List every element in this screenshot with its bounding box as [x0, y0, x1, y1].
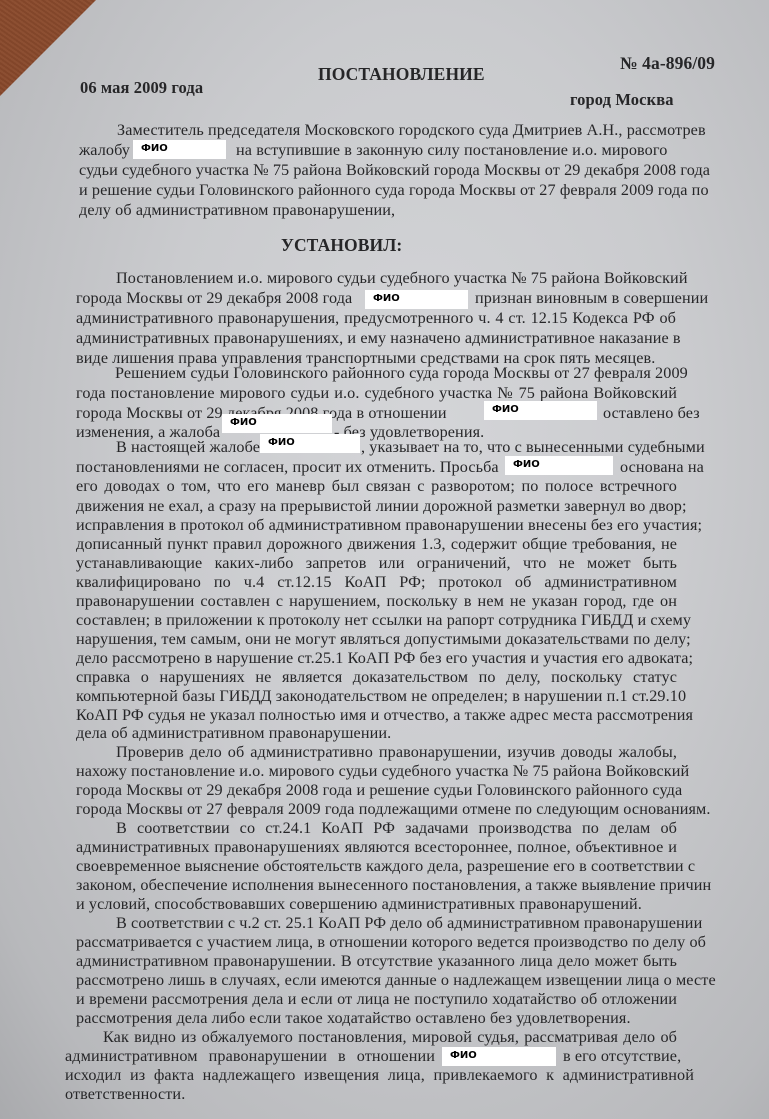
- p6-line-5: и времени рассмотрения дела и если от ли…: [76, 989, 677, 1009]
- p3-line-14: компьютерной базы ГИБДД законодательство…: [76, 686, 677, 706]
- p7-line-2a: административном правонарушении в отноше…: [65, 1046, 435, 1066]
- p3-line-3: его доводах о том, что его маневр был св…: [76, 476, 677, 496]
- p7-line-3: исходил из факта надлежащего извещения л…: [65, 1065, 694, 1085]
- p2-line-1: Решением судьи Головинского районного су…: [115, 363, 677, 383]
- p1-line-4: административных правонарушениях, и ему …: [76, 328, 676, 348]
- p3-line-8: квалифицировано по ч.4 ст.12.15 КоАП РФ;…: [76, 572, 677, 592]
- p6-line-1: В соответствии с ч.2 ст. 25.1 КоАП РФ де…: [116, 913, 677, 933]
- p3-line-4: движения не ехал, а сразу на прерывистой…: [76, 496, 677, 516]
- p1-line-1: Постановлением и.о. мирового судьи судеб…: [116, 268, 676, 288]
- p5-line-3: своевременное выяснение обстоятельств ка…: [76, 856, 677, 876]
- p3-line-7: устанавливающие каких-либо запретов или …: [76, 553, 677, 573]
- document-date: 06 мая 2009 года: [80, 78, 203, 98]
- redacted-name: ФИО: [222, 414, 332, 433]
- p3-line-2a: постановлениями не согласен, просит их о…: [76, 457, 499, 477]
- intro-line-2b: на вступившие в законную силу постановле…: [236, 140, 667, 160]
- p5-line-4: законом, обеспечение исполнения вынесенн…: [76, 875, 677, 895]
- intro-line-4: и решение судьи Головинского районного с…: [79, 180, 667, 200]
- p2-line-3b: оставлено без: [603, 403, 700, 423]
- redacted-name: ФИО: [133, 140, 226, 159]
- p5-line-1: В соответствии со ст.24.1 КоАП РФ задача…: [116, 818, 677, 838]
- p1-line-2a: города Москвы от 29 декабря 2008 года: [76, 288, 352, 308]
- p3-line-9: правонарушении составлен с нарушением, п…: [76, 591, 677, 611]
- p4-line-2: нахожу постановление и.о. мирового судьи…: [76, 761, 677, 781]
- p6-line-6: рассмотрения дела либо если такое ходата…: [76, 1008, 631, 1028]
- p7-line-1: Как видно из обжалуемого постановления, …: [103, 1027, 677, 1047]
- p3-line-2b: основана на: [620, 457, 704, 477]
- p5-line-5: и условий, способствовавших совершению а…: [76, 894, 642, 914]
- intro-line-2a: жалобу: [79, 140, 130, 160]
- p3-line-16: дела об административном правонарушении.: [76, 723, 391, 743]
- p3-line-5: исправления в протокол об административн…: [76, 515, 677, 535]
- redacted-name: ФИО: [505, 456, 613, 475]
- p3-line-11: нарушения, тем самым, они не могут являт…: [76, 629, 677, 649]
- p7-line-4: ответственности.: [65, 1084, 185, 1104]
- p7-line-2b: в его отсутствие,: [563, 1046, 681, 1066]
- p3-line-15: КоАП РФ судья не указал полностью имя и …: [76, 705, 677, 725]
- p1-line-2b: признан виновным в совершении: [475, 288, 708, 308]
- p3-line-6: дописанный пункт правил дорожного движен…: [76, 534, 677, 554]
- p6-line-2: рассматривается с участием лица, в отнош…: [76, 932, 677, 952]
- redacted-name: ФИО: [365, 290, 468, 309]
- p2-line-2: года постановление мирового судьи и.о. с…: [76, 383, 677, 403]
- intro-line-1: Заместитель председателя Московского гор…: [117, 120, 706, 140]
- p4-line-1: Проверив дело об административно правона…: [116, 742, 677, 762]
- p3-line-10: составлен; в приложении к протоколу нет …: [76, 610, 677, 630]
- redacted-name: ФИО: [260, 434, 360, 453]
- p6-line-3: административном правонарушении. В отсут…: [76, 951, 677, 971]
- document-city: город Москва: [570, 90, 674, 110]
- intro-line-5: делу об административном правонарушении,: [79, 200, 395, 220]
- p1-line-3: административного правонарушения, предус…: [76, 308, 676, 328]
- redacted-name: ФИО: [484, 401, 597, 420]
- p3-line-1a: В настоящей жалобе: [116, 437, 260, 457]
- p3-line-1b: , указывает на то, что с вынесенными суд…: [361, 437, 677, 457]
- p4-line-4: города Москвы от 27 февраля 2009 года по…: [76, 799, 677, 819]
- section-heading: УСТАНОВИЛ:: [281, 235, 402, 255]
- p6-line-4: рассмотрено лишь в случаях, если имеются…: [76, 970, 677, 990]
- document-title: ПОСТАНОВЛЕНИЕ: [318, 64, 485, 84]
- p3-line-13: справка о нарушениях не является доказат…: [76, 667, 677, 687]
- case-number: № 4а-896/09: [620, 53, 715, 73]
- p5-line-2: административных правонарушениях являютс…: [76, 837, 677, 857]
- intro-line-3: судьи судебного участка № 75 района Войк…: [79, 160, 667, 180]
- p3-line-12: дело рассмотрено в нарушение ст.25.1 КоА…: [76, 648, 677, 668]
- p4-line-3: города Москвы от 29 декабря 2008 года и …: [76, 780, 677, 800]
- redacted-name: ФИО: [442, 1047, 556, 1066]
